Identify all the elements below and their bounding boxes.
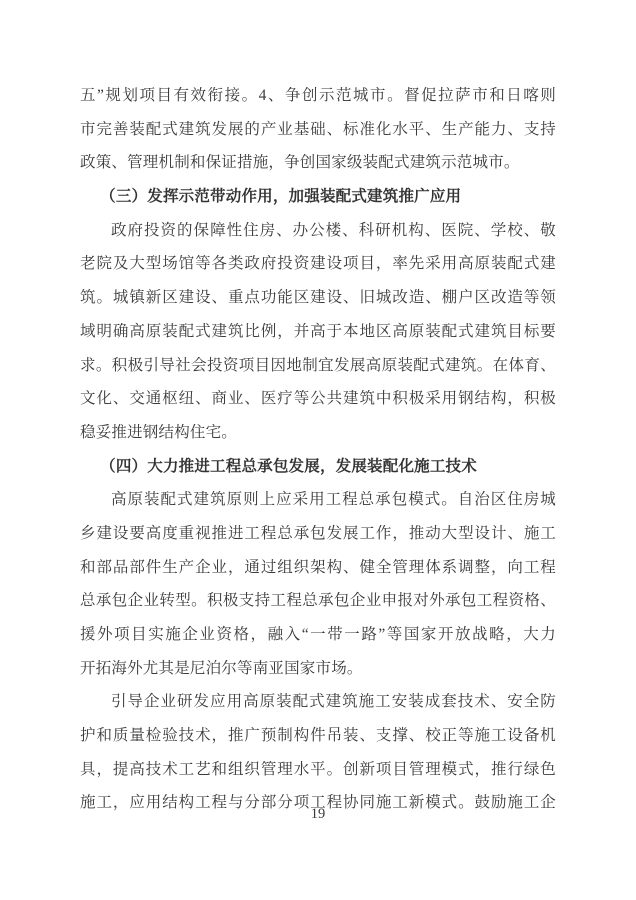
text-line: 求。积极引导社会投资项目因地制宜发展高原装配式建筑。在体育、 bbox=[80, 349, 556, 383]
text-line: 具，提高技术工艺和组织管理水平。创新项目管理模式，推行绿色 bbox=[80, 753, 556, 787]
document-body: 五”规划项目有效衔接。4、争创示范城市。督促拉萨市和日喀则 市完善装配式建筑发展… bbox=[80, 79, 556, 820]
text-line: 高原装配式建筑原则上应采用工程总承包模式。自治区住房城 bbox=[80, 483, 556, 517]
page-number: 19 bbox=[0, 806, 636, 823]
text-line: 筑。城镇新区建设、重点功能区建设、旧城改造、棚户区改造等领 bbox=[80, 281, 556, 315]
text-line: 政府投资的保障性住房、办公楼、科研机构、医院、学校、敬 bbox=[80, 214, 556, 248]
section-heading: （四）大力推进工程总承包发展，发展装配化施工技术 bbox=[80, 450, 556, 484]
text-line: 域明确高原装配式建筑比例，并高于本地区高原装配式建筑目标要 bbox=[80, 315, 556, 349]
text-line: 开拓海外尤其是尼泊尔等南亚国家市场。 bbox=[80, 652, 556, 686]
text-line: 援外项目实施企业资格，融入“一带一路”等国家开放战略，大力 bbox=[80, 618, 556, 652]
text-line: 市完善装配式建筑发展的产业基础、标准化水平、生产能力、支持 bbox=[80, 113, 556, 147]
text-line: 引导企业研发应用高原装配式建筑施工安装成套技术、安全防 bbox=[80, 685, 556, 719]
text-line: 和部品部件生产企业，通过组织架构、健全管理体系调整，向工程 bbox=[80, 551, 556, 585]
text-line: 政策、管理机制和保证措施，争创国家级装配式建筑示范城市。 bbox=[80, 146, 556, 180]
document-page: 五”规划项目有效衔接。4、争创示范城市。督促拉萨市和日喀则 市完善装配式建筑发展… bbox=[0, 0, 636, 900]
section-heading: （三）发挥示范带动作用，加强装配式建筑推广应用 bbox=[80, 180, 556, 214]
text-line: 护和质量检验技术，推广预制构件吊装、支撑、校正等施工设备机 bbox=[80, 719, 556, 753]
text-line: 总承包企业转型。积极支持工程总承包企业申报对外承包工程资格、 bbox=[80, 584, 556, 618]
text-line: 稳妥推进钢结构住宅。 bbox=[80, 416, 556, 450]
text-line: 老院及大型场馆等各类政府投资建设项目，率先采用高原装配式建 bbox=[80, 247, 556, 281]
text-line: 文化、交通枢纽、商业、医疗等公共建筑中积极采用钢结构，积极 bbox=[80, 382, 556, 416]
text-line: 五”规划项目有效衔接。4、争创示范城市。督促拉萨市和日喀则 bbox=[80, 79, 556, 113]
text-line: 乡建设要高度重视推进工程总承包发展工作，推动大型设计、施工 bbox=[80, 517, 556, 551]
